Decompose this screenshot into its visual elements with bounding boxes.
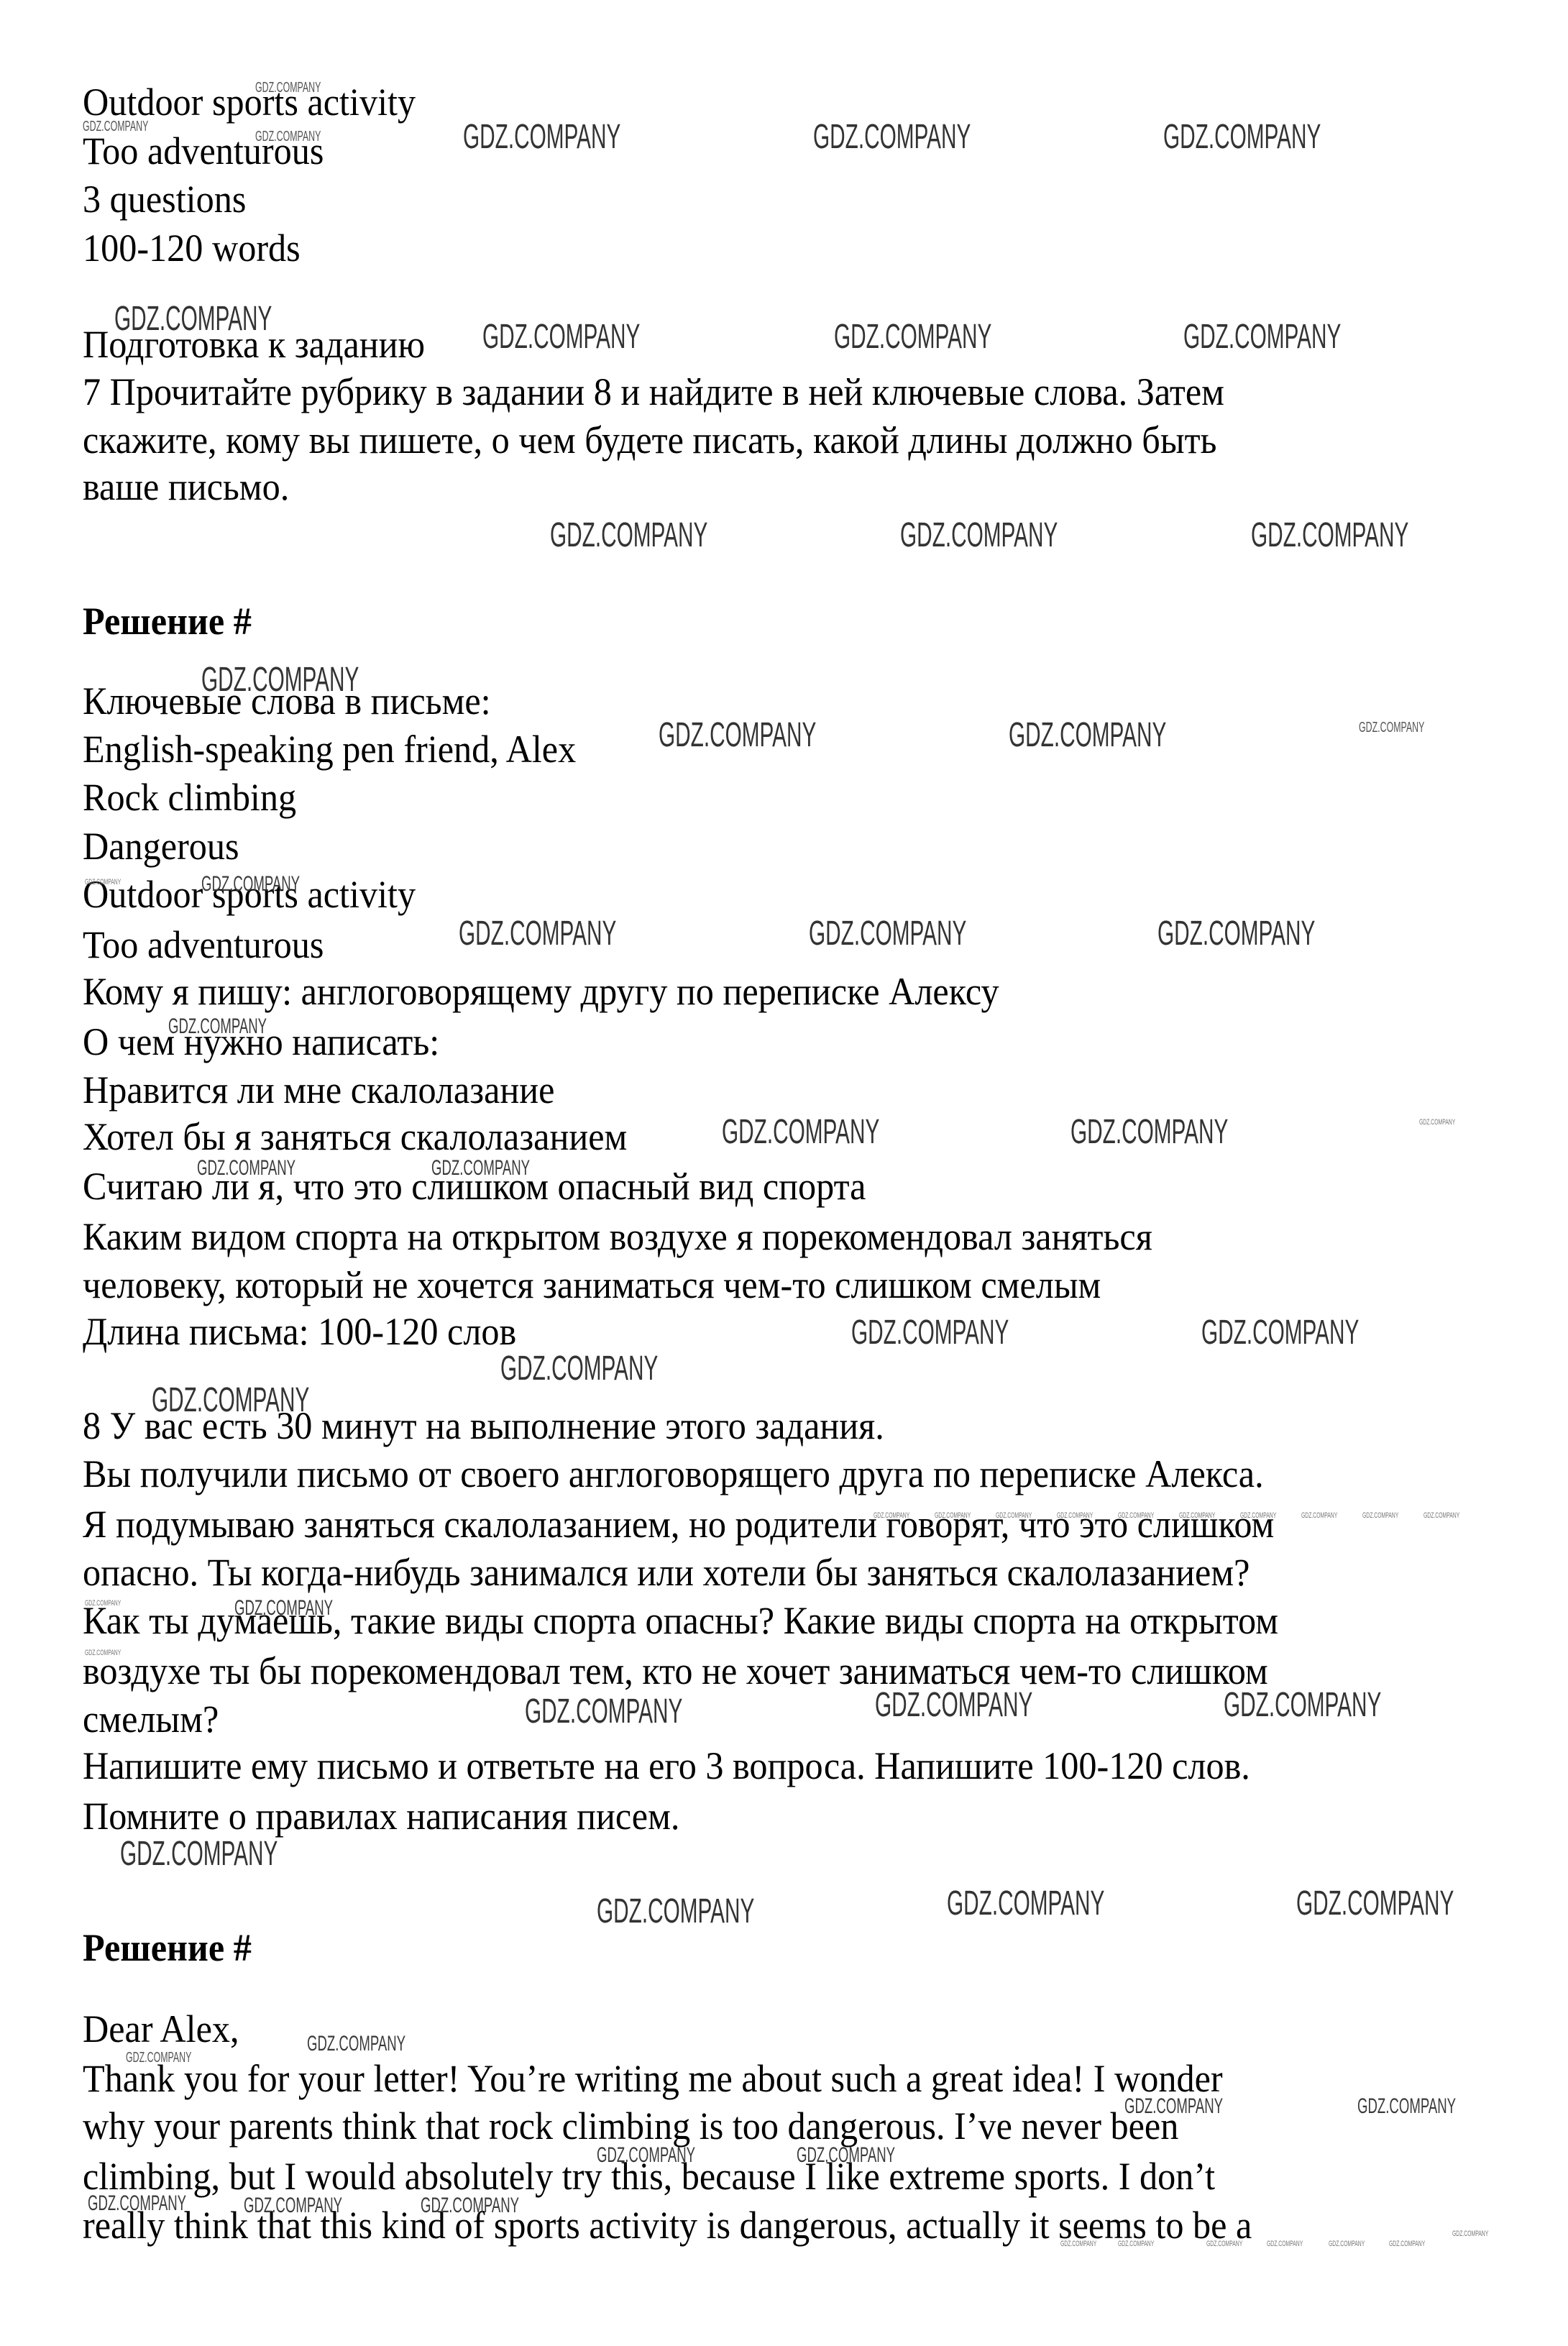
solution-heading: Решение # (83, 1928, 252, 1967)
watermark: GDZ.COMPANY (1157, 917, 1315, 951)
task8-text-line: Помните о правилах написания писем. (83, 1797, 679, 1836)
watermark: GDZ.COMPANY (1118, 1512, 1154, 1520)
watermark: GDZ.COMPANY (947, 1887, 1104, 1921)
watermark: GDZ.COMPANY (197, 1158, 295, 1179)
watermark: GDZ.COMPANY (244, 2195, 342, 2217)
watermark: GDZ.COMPANY (500, 1352, 658, 1386)
solution-line: Dangerous (83, 827, 239, 866)
solution-line: Каким видом спорта на открытом воздухе я… (83, 1217, 1152, 1256)
watermark: GDZ.COMPANY (1009, 718, 1166, 753)
watermark: GDZ.COMPANY (1357, 2096, 1456, 2117)
watermark: GDZ.COMPANY (1224, 1688, 1381, 1723)
watermark: GDZ.COMPANY (1267, 2240, 1303, 2248)
watermark: GDZ.COMPANY (1359, 720, 1424, 735)
watermark: GDZ.COMPANY (1419, 1119, 1455, 1127)
watermark: GDZ.COMPANY (114, 302, 272, 336)
watermark: GDZ.COMPANY (1163, 120, 1321, 155)
watermark: GDZ.COMPANY (1206, 2240, 1242, 2248)
solution-line: Too adventurous (83, 925, 324, 964)
watermark: GDZ.COMPANY (126, 2051, 191, 2065)
watermark: GDZ.COMPANY (809, 917, 966, 951)
letter-line: why your parents think that rock climbin… (83, 2107, 1178, 2145)
watermark: GDZ.COMPANY (255, 81, 321, 95)
watermark: GDZ.COMPANY (421, 2195, 519, 2217)
watermark: GDZ.COMPANY (1201, 1316, 1359, 1350)
watermark: GDZ.COMPANY (875, 1688, 1032, 1723)
watermark: GDZ.COMPANY (431, 1158, 530, 1179)
watermark: GDZ.COMPANY (168, 1016, 267, 1037)
watermark: GDZ.COMPANY (1183, 320, 1341, 354)
watermark: GDZ.COMPANY (201, 874, 300, 895)
watermark: GDZ.COMPANY (85, 1600, 121, 1608)
watermark: GDZ.COMPANY (201, 663, 359, 697)
task7-text-line: 7 Прочитайте рубрику в задании 8 и найди… (83, 372, 1224, 411)
watermark: GDZ.COMPANY (152, 1383, 309, 1418)
document-page: Outdoor sports activity Too adventurous … (0, 0, 1568, 2346)
task7-text-line: скажите, кому вы пишете, о чем будете пи… (83, 421, 1216, 459)
watermark: GDZ.COMPANY (550, 518, 707, 553)
watermark: GDZ.COMPANY (851, 1316, 1009, 1350)
watermark: GDZ.COMPANY (525, 1695, 682, 1729)
watermark: GDZ.COMPANY (1060, 2240, 1096, 2248)
watermark: GDZ.COMPANY (85, 879, 121, 886)
watermark: GDZ.COMPANY (1251, 518, 1408, 553)
watermark: GDZ.COMPANY (463, 120, 620, 155)
watermark: GDZ.COMPANY (597, 1894, 754, 1929)
solution-heading: Решение # (83, 602, 252, 641)
watermark: GDZ.COMPANY (797, 2145, 895, 2166)
watermark: GDZ.COMPANY (482, 320, 640, 354)
solution-line: Кому я пишу: англоговорящему другу по пе… (83, 972, 999, 1011)
task8-text-line: Я подумываю заняться скалолазанием, но р… (83, 1505, 1274, 1544)
watermark: GDZ.COMPANY (597, 2145, 695, 2166)
keyword-line: 100-120 words (83, 229, 301, 267)
watermark: GDZ.COMPANY (935, 1512, 971, 1520)
watermark: GDZ.COMPANY (659, 718, 816, 753)
watermark: GDZ.COMPANY (1240, 1512, 1276, 1520)
watermark: GDZ.COMPANY (1124, 2096, 1223, 2117)
watermark: GDZ.COMPANY (1179, 1512, 1215, 1520)
watermark: GDZ.COMPANY (1389, 2240, 1425, 2248)
solution-line: Хотел бы я заняться скалолазанием (83, 1117, 627, 1156)
solution-line: Длина письма: 100-120 слов (83, 1312, 516, 1351)
watermark: GDZ.COMPANY (88, 2193, 186, 2214)
watermark: GDZ.COMPANY (1118, 2240, 1154, 2248)
solution-line: человеку, который не хочется заниматься … (83, 1265, 1101, 1304)
solution-line: English-speaking pen friend, Alex (83, 730, 576, 769)
watermark: GDZ.COMPANY (85, 1649, 121, 1657)
watermark: GDZ.COMPANY (813, 120, 971, 155)
task8-text-line: Напишите ему письмо и ответьте на его 3 … (83, 1746, 1250, 1785)
watermark: GDZ.COMPANY (1301, 1512, 1337, 1520)
watermark: GDZ.COMPANY (83, 119, 148, 134)
watermark: GDZ.COMPANY (1070, 1115, 1228, 1150)
watermark: GDZ.COMPANY (307, 2033, 405, 2055)
watermark: GDZ.COMPANY (255, 129, 321, 144)
watermark: GDZ.COMPANY (1057, 1512, 1093, 1520)
watermark: GDZ.COMPANY (874, 1512, 909, 1520)
watermark: GDZ.COMPANY (1423, 1512, 1459, 1520)
watermark: GDZ.COMPANY (834, 320, 991, 354)
watermark: GDZ.COMPANY (1296, 1887, 1454, 1921)
task8-text-line: воздухе ты бы порекомендовал тем, кто не… (83, 1651, 1268, 1690)
letter-line: Thank you for your letter! You’re writin… (83, 2059, 1223, 2098)
watermark: GDZ.COMPANY (459, 917, 616, 951)
keyword-line: 3 questions (83, 180, 246, 219)
watermark: GDZ.COMPANY (996, 1512, 1032, 1520)
watermark: GDZ.COMPANY (234, 1598, 333, 1619)
solution-line: Rock climbing (83, 778, 296, 817)
task7-text-line: ваше письмо. (83, 467, 289, 506)
task8-text-line: опасно. Ты когда-нибудь занимался или хо… (83, 1553, 1250, 1592)
watermark: GDZ.COMPANY (1329, 2240, 1365, 2248)
keyword-line: Outdoor sports activity (83, 83, 416, 122)
task8-text-line: смелым? (83, 1700, 219, 1738)
watermark: GDZ.COMPANY (722, 1115, 879, 1150)
watermark: GDZ.COMPANY (1452, 2230, 1488, 2238)
letter-line: Dear Alex, (83, 2010, 239, 2048)
watermark: GDZ.COMPANY (900, 518, 1058, 553)
watermark: GDZ.COMPANY (1362, 1512, 1398, 1520)
task8-text-line: Вы получили письмо от своего англоговоря… (83, 1454, 1264, 1493)
solution-line: Нравится ли мне скалолазание (83, 1071, 554, 1109)
watermark: GDZ.COMPANY (120, 1837, 278, 1871)
